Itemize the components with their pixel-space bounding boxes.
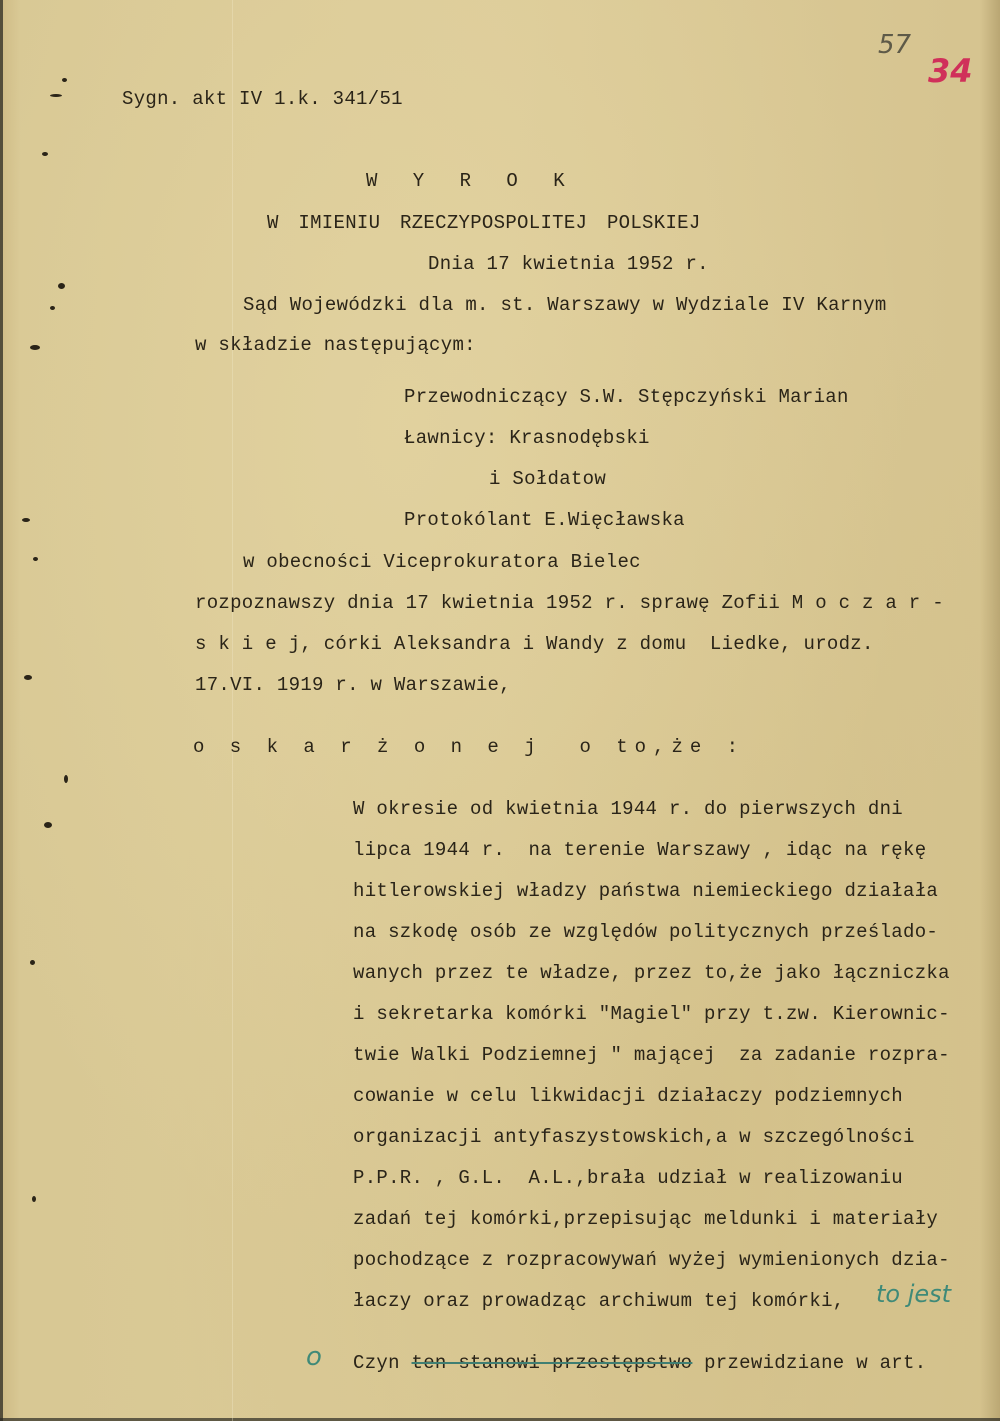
struck-text: ten stanowi przestępstwo xyxy=(412,1352,693,1374)
last-line-start: Czyn xyxy=(353,1352,412,1374)
last-line: Czyn ten stanowi przestępstwo przewidzia… xyxy=(353,1352,926,1374)
speck xyxy=(50,306,55,310)
case-line: rozpoznawszy dnia 17 kwietnia 1952 r. sp… xyxy=(195,592,944,614)
document-page: Sygn. akt IV 1.k. 341/51 57 34 W Y R O K… xyxy=(0,0,1000,1421)
charge-line: i sekretarka komórki "Magiel" przy t.zw.… xyxy=(353,1003,950,1025)
accused-heading: o s k a r ż o n e j o to,że : xyxy=(193,736,745,758)
speck xyxy=(58,283,65,289)
folio-number-pencil: 57 xyxy=(878,30,911,60)
panel-lay-judges-2: i Sołdatow xyxy=(489,468,606,490)
panel-clerk: Protokólant E.Więcławska xyxy=(404,509,685,531)
charge-line: zadań tej komórki,przepisując meldunki i… xyxy=(353,1208,938,1230)
composition-line: w składzie następującym: xyxy=(195,334,476,356)
speck xyxy=(44,822,52,828)
case-signature: Sygn. akt IV 1.k. 341/51 xyxy=(122,88,403,110)
charge-line: łaczy oraz prowadząc archiwum tej komórk… xyxy=(353,1290,844,1312)
speck xyxy=(30,960,35,965)
case-line: 17.VI. 1919 r. w Warszawie, xyxy=(195,674,511,696)
charge-line: P.P.R. , G.L. A.L.,brała udział w realiz… xyxy=(353,1167,903,1189)
margin-insert-mark: o xyxy=(306,1342,322,1372)
folio-number-red: 34 xyxy=(928,52,973,90)
speck xyxy=(22,518,30,522)
charge-line: wanych przez te władze, przez to,że jako… xyxy=(353,962,950,984)
speck xyxy=(50,94,62,97)
charge-line: pochodzące z rozpracowywań wyżej wymieni… xyxy=(353,1249,950,1271)
speck xyxy=(32,1196,36,1202)
charge-line: twie Walki Podziemnej " mającej za zadan… xyxy=(353,1044,950,1066)
charge-line: na szkodę osób ze względów politycznych … xyxy=(353,921,938,943)
date-line: Dnia 17 kwietnia 1952 r. xyxy=(428,253,709,275)
prosecutor-line: w obecności Viceprokuratora Bielec xyxy=(243,551,641,573)
paper-fold-line xyxy=(232,0,233,1421)
last-line-end: przewidziane w art. xyxy=(692,1352,926,1374)
panel-chair: Przewodniczący S.W. Stępczyński Marian xyxy=(404,386,849,408)
speck xyxy=(30,345,40,350)
document-title: W Y R O K xyxy=(366,170,577,192)
charge-line: organizacji antyfaszystowskich,a w szcze… xyxy=(353,1126,915,1148)
panel-lay-judges: Ławnicy: Krasnodębski xyxy=(404,427,650,449)
speck xyxy=(24,675,32,680)
charge-line: cowanie w celu likwidacji działaczy podz… xyxy=(353,1085,903,1107)
handwritten-insert: to jest xyxy=(876,1280,951,1308)
charge-line: W okresie od kwietnia 1944 r. do pierwsz… xyxy=(353,798,903,820)
charge-line: hitlerowskiej władzy państwa niemieckieg… xyxy=(353,880,938,902)
speck xyxy=(42,152,48,156)
page-edge-left xyxy=(0,0,3,1421)
speck xyxy=(62,78,67,82)
charge-line: lipca 1944 r. na terenie Warszawy , idąc… xyxy=(353,839,926,861)
speck xyxy=(33,557,38,561)
case-line: s k i e j, córki Aleksandra i Wandy z do… xyxy=(195,633,874,655)
court-line: Sąd Wojewódzki dla m. st. Warszawy w Wyd… xyxy=(243,294,887,316)
document-subtitle: W IMIENIU RZECZYPOSPOLITEJ POLSKIEJ xyxy=(267,212,701,234)
speck xyxy=(64,775,68,783)
